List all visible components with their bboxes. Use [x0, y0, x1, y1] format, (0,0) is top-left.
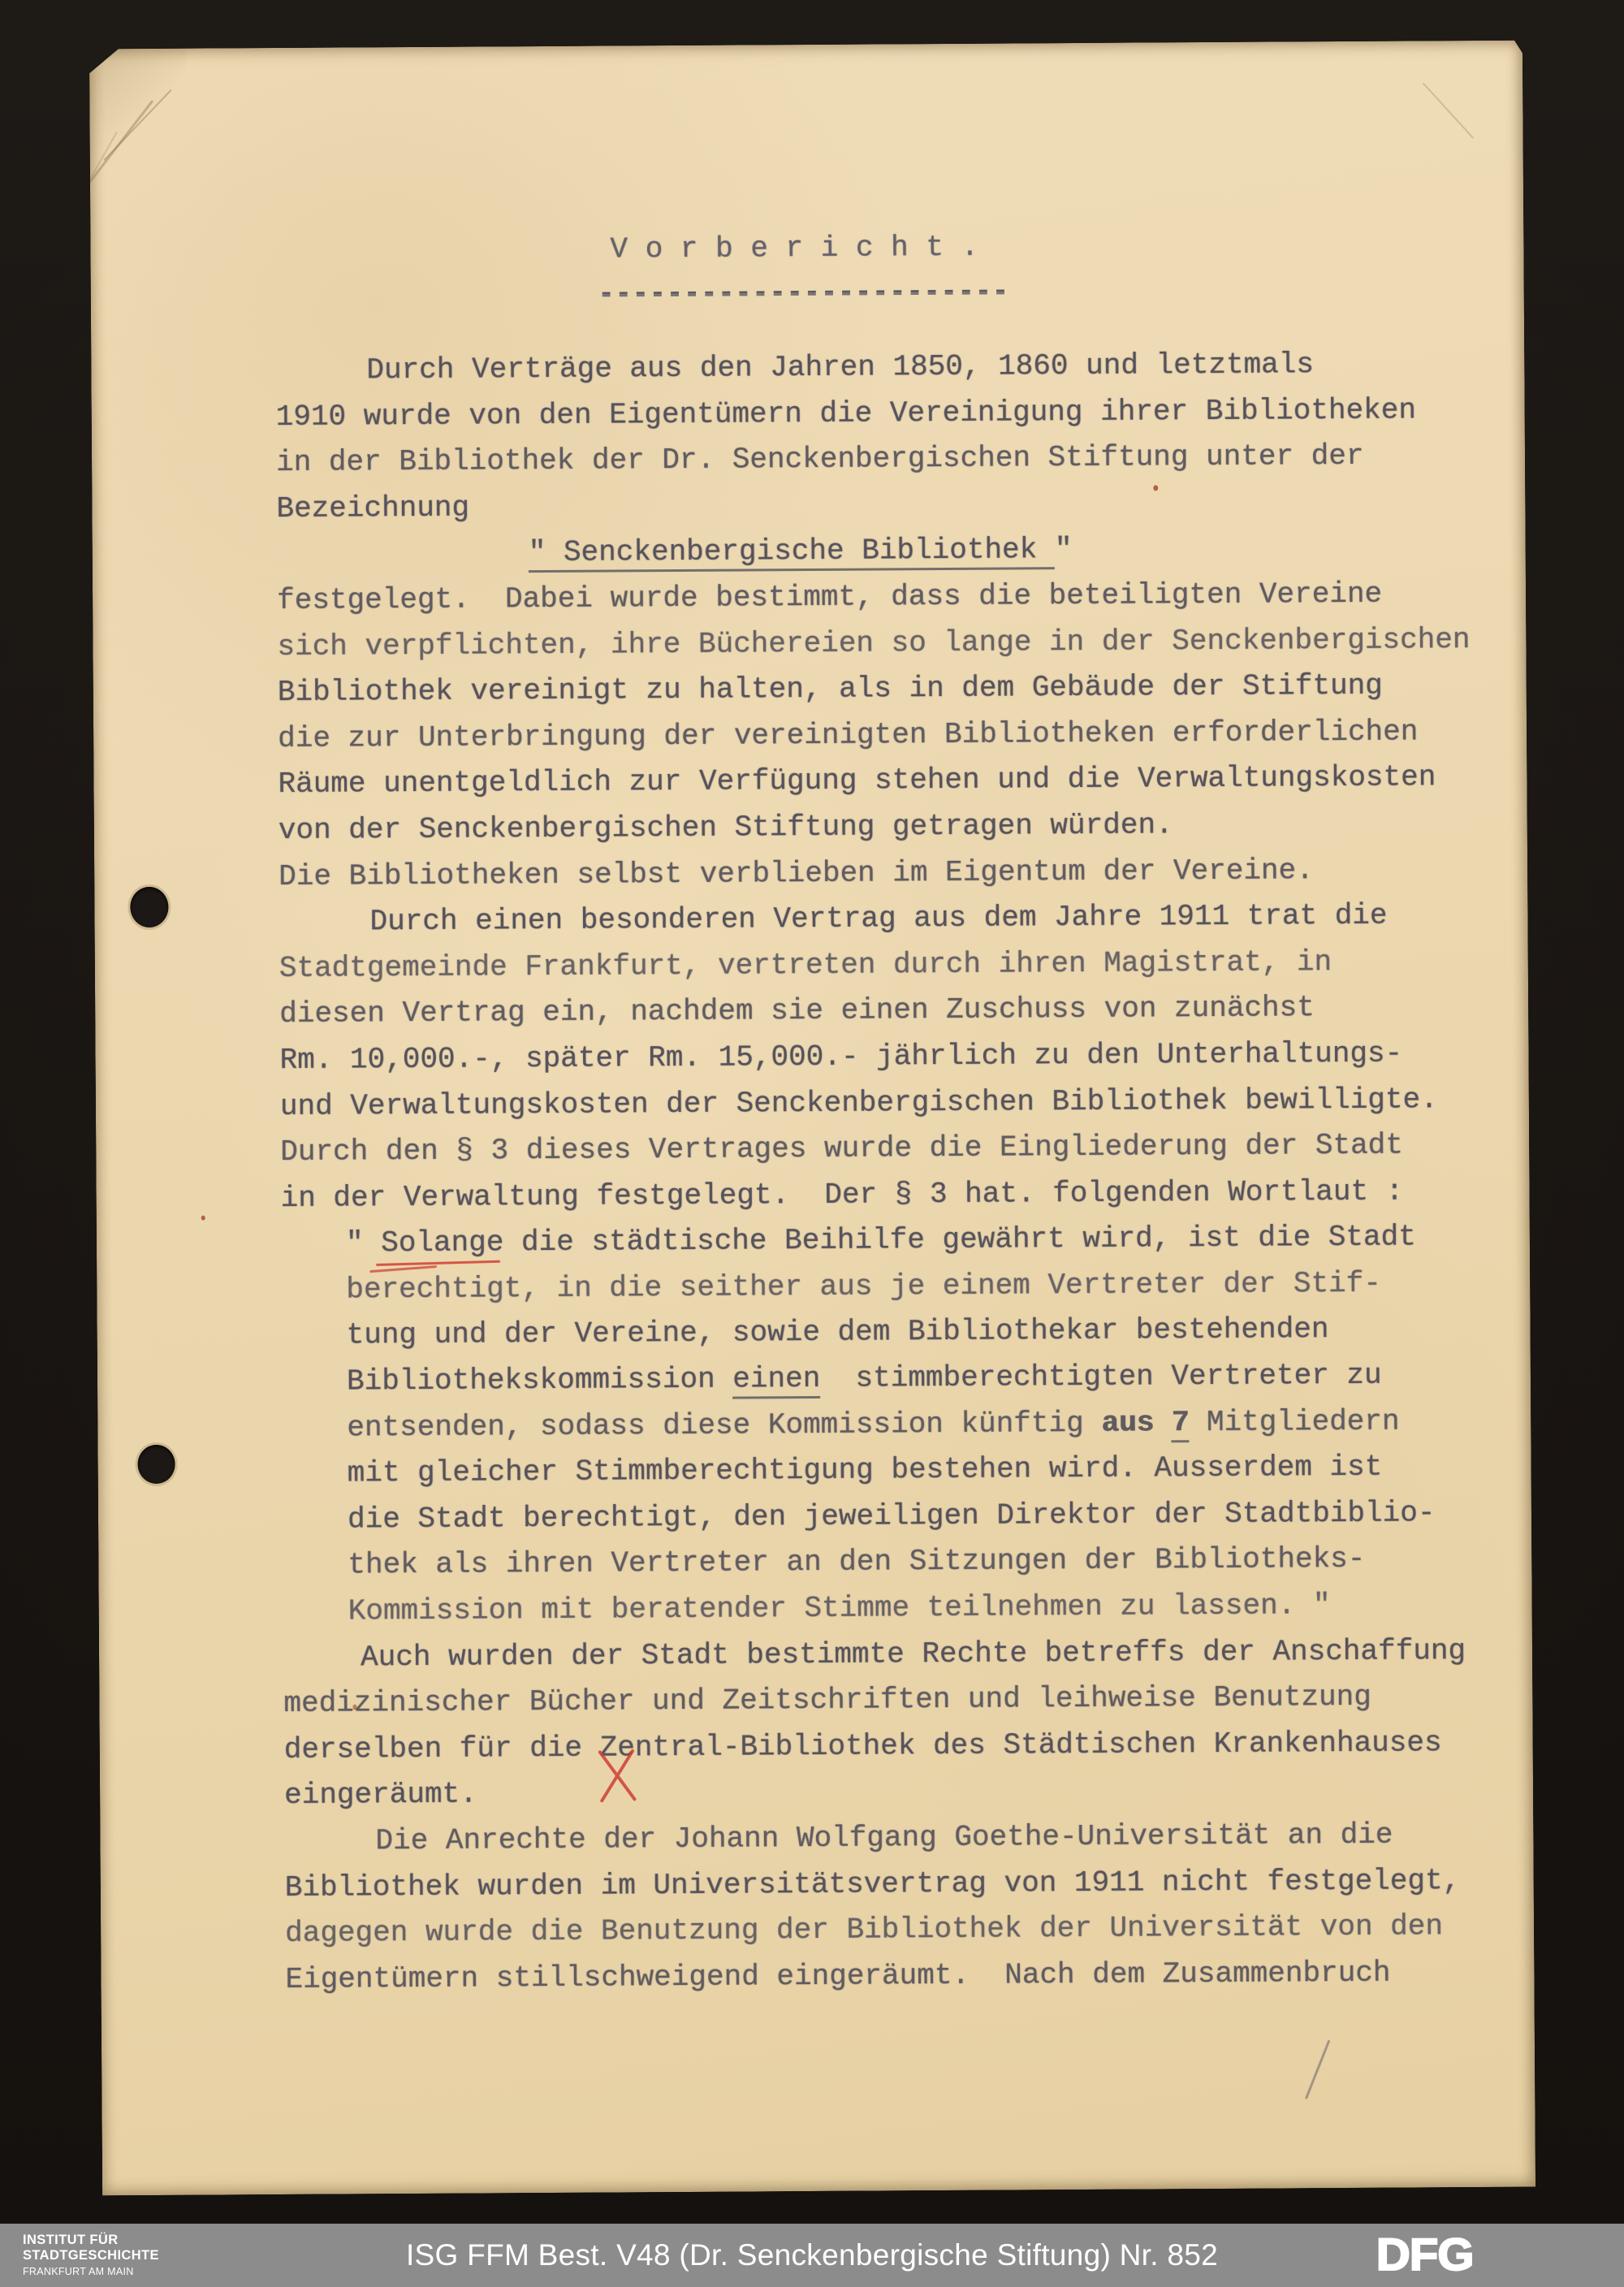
typed-segment: Kommission mit beratender Stimme teilneh…	[348, 1589, 1331, 1628]
typed-segment: die zur Unterbringung der vereinigten Bi…	[278, 715, 1418, 755]
archive-scan-page: V o r b e r i c h t . ------------------…	[0, 0, 1624, 2287]
typed-segment: Räume unentgeldlich zur Verfügung stehen…	[278, 761, 1436, 802]
typed-segment	[1154, 1406, 1172, 1439]
typed-line: und Verwaltungskosten der Senckenbergisc…	[280, 1076, 1506, 1130]
typed-segment: sich verpflichten, ihre Büchereien so la…	[277, 623, 1470, 664]
typed-line: " Solange die städtische Beihilfe gewähr…	[346, 1214, 1507, 1267]
typed-segment: Bibliothek vereinigt zu halten, als in d…	[278, 669, 1383, 709]
typed-line: die Stadt berechtigt, den jeweiligen Dir…	[348, 1490, 1509, 1543]
typed-segment: medizinischer Bücher und Zeitschriften u…	[283, 1680, 1371, 1720]
institute-name-line: STADTGESCHICHTE	[23, 2248, 159, 2263]
typed-segment: von der Senckenbergischen Stiftung getra…	[279, 808, 1173, 847]
typed-line: Bibliothek vereinigt zu halten, als in d…	[278, 663, 1504, 716]
typed-line: dagegen wurde die Benutzung der Biblioth…	[285, 1904, 1511, 1957]
typed-segment: eingeräumt.	[284, 1778, 477, 1812]
typed-line: diesen Vertrag ein, nachdem sie einen Zu…	[279, 984, 1505, 1038]
typed-segment: "	[346, 1227, 381, 1260]
typed-line: Durch den § 3 dieses Vertrages wurde die…	[280, 1122, 1506, 1176]
typed-segment: dagegen wurde die Benutzung der Biblioth…	[285, 1909, 1443, 1950]
typed-line: mit gleicher Stimmberechtigung bestehen …	[347, 1444, 1508, 1497]
typed-segment: diesen Vertrag ein, nachdem sie einen Zu…	[279, 992, 1315, 1031]
typed-line: festgelegt. Dabei wurde bestimmt, dass d…	[277, 571, 1503, 625]
typed-segment: Auch wurden der Stadt bestimmte Rechte b…	[361, 1634, 1466, 1674]
typed-segment: Die Anrechte der Johann Wolfgang Goethe-…	[375, 1818, 1393, 1858]
typed-line: Bibliothekskommission einen stimmberecht…	[347, 1352, 1508, 1405]
typed-segment: thek als ihren Vertreter an den Sitzunge…	[348, 1542, 1365, 1582]
typed-line: Die Bibliotheken selbst verblieben im Ei…	[279, 846, 1505, 900]
typed-segment: 1910 wurde von den Eigentümern die Verei…	[276, 393, 1416, 434]
punch-hole	[137, 1445, 175, 1484]
corner-crease	[1423, 83, 1474, 139]
typed-line: Stadtgemeinde Frankfurt, vertreten durch…	[279, 939, 1505, 992]
rust-speck	[201, 1216, 205, 1221]
typed-segment: mit gleicher Stimmberechtigung bestehen …	[348, 1450, 1383, 1490]
typed-segment: stimmberechtigten Vertreter zu	[820, 1359, 1382, 1395]
typed-segment: und Verwaltungskosten der Senckenbergisc…	[280, 1083, 1438, 1123]
typed-line: Rm. 10,000.-, später Rm. 15,000.- jährli…	[279, 1031, 1505, 1084]
typed-line: entsenden, sodass diese Kommission künft…	[347, 1398, 1508, 1450]
typed-segment: in der Verwaltung festgelegt. Der § 3 ha…	[280, 1174, 1403, 1214]
typed-segment: aus	[1101, 1406, 1154, 1439]
institute-name-line: INSTITUT FÜR	[23, 2233, 159, 2248]
typed-segment: Eigentümern stillschweigend eingeräumt. …	[285, 1956, 1390, 1995]
typed-segment: in der Bibliothek der Dr. Senckenbergisc…	[276, 439, 1364, 479]
typed-segment: Bezeichnung	[276, 491, 469, 525]
typed-line: Räume unentgeldlich zur Verfügung stehen…	[278, 754, 1504, 808]
typed-segment: Bibliothekskommission	[347, 1363, 733, 1399]
typed-segment: festgelegt. Dabei wurde bestimmt, dass d…	[277, 577, 1382, 617]
institute-city-line: FRANKFURT AM MAIN	[23, 2265, 159, 2278]
typed-segment: Durch einen besonderen Vertrag aus dem J…	[369, 899, 1387, 939]
archive-footer-bar: INSTITUT FÜR STADTGESCHICHTE FRANKFURT A…	[0, 2224, 1624, 2287]
typed-line: Die Anrechte der Johann Wolfgang Goethe-…	[375, 1812, 1510, 1865]
typed-line: Eigentümern stillschweigend eingeräumt. …	[285, 1950, 1511, 2004]
typed-line: Bezeichnung	[276, 479, 1502, 533]
typed-line: die zur Unterbringung der vereinigten Bi…	[278, 709, 1504, 763]
punch-hole	[130, 887, 168, 927]
typed-line: tung und der Vereine, sowie dem Biblioth…	[346, 1306, 1507, 1359]
typed-line: medizinischer Bücher und Zeitschriften u…	[283, 1674, 1510, 1727]
typed-segment: "	[1055, 533, 1073, 566]
typed-segment: Durch den § 3 dieses Vertrages wurde die…	[280, 1129, 1403, 1169]
typed-segment: berechtigt, in die seither aus je einem …	[346, 1267, 1381, 1307]
typed-segment: Mitgliedern	[1189, 1404, 1399, 1439]
typed-line: von der Senckenbergischen Stiftung getra…	[279, 801, 1505, 854]
typed-line: in der Verwaltung festgelegt. Der § 3 ha…	[280, 1168, 1506, 1221]
typed-line: Durch Verträge aus den Jahren 1850, 1860…	[366, 341, 1501, 394]
typed-line: 1910 wurde von den Eigentümern die Verei…	[276, 387, 1502, 440]
dfg-logo: DFG	[1376, 2228, 1473, 2281]
typed-segment: entsenden, sodass diese Kommission künft…	[347, 1406, 1101, 1444]
typed-line: Kommission mit beratender Stimme teilneh…	[348, 1582, 1510, 1635]
red-x-mark	[595, 1749, 639, 1801]
typed-line: berechtigt, in die seither aus je einem …	[346, 1260, 1507, 1313]
pencil-stroke	[1305, 2039, 1331, 2099]
institute-logo: INSTITUT FÜR STADTGESCHICHTE FRANKFURT A…	[23, 2233, 159, 2278]
typed-segment: Solange	[381, 1226, 503, 1260]
title-underline: ------------------------	[598, 275, 1009, 310]
typed-line: Auch wurden der Stadt bestimmte Rechte b…	[361, 1628, 1510, 1680]
typed-segment: Bibliothek wurden im Universitätsvertrag…	[285, 1864, 1461, 1904]
archive-reference-caption: ISG FFM Best. V48 (Dr. Senckenbergische …	[406, 2238, 1218, 2272]
typed-segment: Durch Verträge aus den Jahren 1850, 1860…	[366, 348, 1314, 387]
typed-line: thek als ihren Vertreter an den Sitzunge…	[348, 1536, 1509, 1589]
typed-segment: die Stadt berechtigt, den jeweiligen Dir…	[348, 1496, 1436, 1536]
corner-fold-shade	[89, 49, 188, 163]
typed-segment: derselben für die Zentral-Bibliothek des…	[284, 1726, 1442, 1766]
typed-segment: einen	[732, 1362, 820, 1399]
typed-line: Bibliothek wurden im Universitätsvertrag…	[285, 1857, 1511, 1911]
page-title: V o r b e r i c h t .	[610, 231, 978, 266]
typed-segment: " Senckenbergische Bibliothek	[529, 534, 1055, 573]
typed-segment: Stadtgemeinde Frankfurt, vertreten durch…	[279, 945, 1332, 985]
typed-line: " Senckenbergische Bibliothek "	[529, 525, 1503, 577]
typed-line: eingeräumt.	[284, 1766, 1510, 1819]
typed-segment: 7	[1172, 1406, 1190, 1442]
typed-segment: Die Bibliotheken selbst verblieben im Ei…	[279, 854, 1314, 893]
typed-segment: Rm. 10,000.-, später Rm. 15,000.- jährli…	[279, 1036, 1402, 1076]
typed-segment: tung und der Vereine, sowie dem Biblioth…	[347, 1313, 1329, 1352]
typed-line: sich verpflichten, ihre Büchereien so la…	[277, 616, 1503, 670]
typed-line: Durch einen besonderen Vertrag aus dem J…	[369, 893, 1505, 945]
document-paper-sheet: V o r b e r i c h t . ------------------…	[89, 41, 1535, 2196]
typed-segment: die städtische Beihilfe gewährt wird, is…	[503, 1221, 1416, 1260]
typed-line: derselben für die Zentral-Bibliothek des…	[284, 1720, 1510, 1774]
typed-text: Durch Verträge aus den Jahren 1850, 1860…	[275, 341, 1511, 2004]
typed-line: in der Bibliothek der Dr. Senckenbergisc…	[276, 433, 1502, 486]
